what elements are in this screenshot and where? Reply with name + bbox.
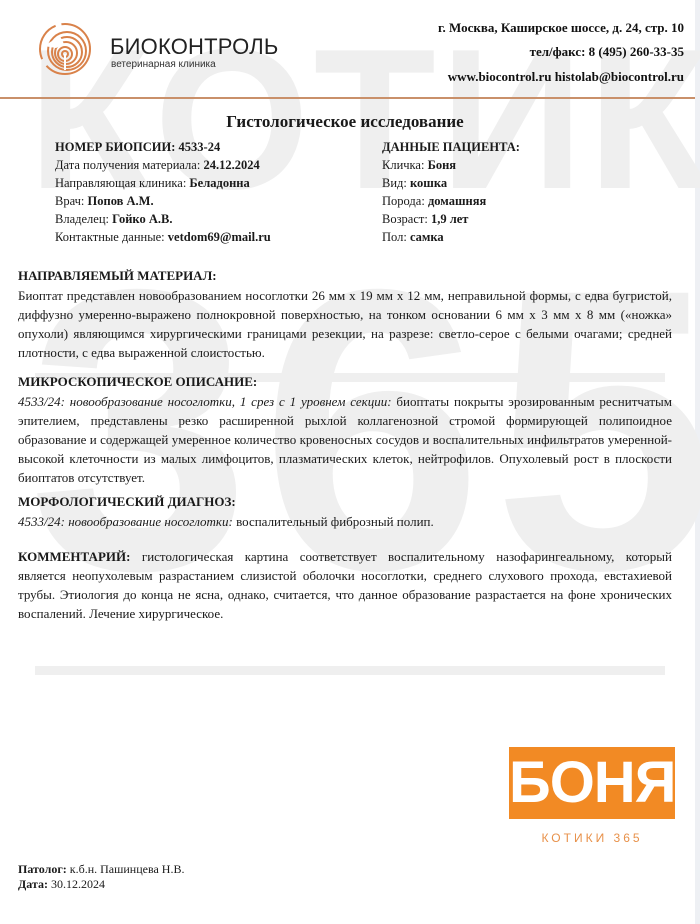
info-row: Порода: домашняя [382,192,520,210]
pathologist: Патолог: к.б.н. Пашинцева Н.В. [18,862,184,877]
section-heading: МИКРОСКОПИЧЕСКОЕ ОПИСАНИЕ: [18,372,672,391]
row-label: Направляющая клиника: [55,176,189,190]
info-row: Вид: кошка [382,174,520,192]
sample-reference: 4533/24: новообразование носоглотки, 1 с… [18,394,392,409]
info-row: Дата получения материала: 24.12.2024 [55,156,271,174]
diagnosis-text: воспалительный фиброзный полип. [233,514,434,529]
comment-section: КОММЕНТАРИЙ: гистологическая картина соо… [18,547,672,623]
section-text: 4533/24: новообразование носоглотки, 1 с… [18,392,672,487]
material-section: НАПРАВЛЯЕМЫЙ МАТЕРИАЛ: Биоптат представл… [18,266,672,362]
row-value: Попов А.М. [88,194,154,208]
bonya-badge: БОНЯ [509,747,675,819]
row-value: 24.12.2024 [203,158,259,172]
info-row: Кличка: Боня [382,156,520,174]
date-label: Дата: [18,877,48,891]
biopsy-number: НОМЕР БИОПСИИ: 4533-24 [55,138,271,156]
clinic-address: г. Москва, Каширское шоссе, д. 24, стр. … [438,20,684,36]
clinic-subtitle: ветеринарная клиника [111,59,216,70]
row-value: домашняя [428,194,486,208]
document-title: Гистологическое исследование [0,112,690,132]
row-label: Владелец: [55,212,112,226]
row-label: Кличка: [382,158,428,172]
contact-email: vetdom69@mail.ru [168,230,271,244]
section-text: Биоптат представлен новообразованием нос… [18,286,672,362]
badge-subtitle: КОТИКИ 365 [509,831,675,845]
biopsy-info: НОМЕР БИОПСИИ: 4533-24 Дата получения ма… [55,138,271,246]
watermark-bar [35,666,665,675]
clinic-web-email: www.biocontrol.ru histolab@biocontrol.ru [448,69,684,85]
row-label: Возраст: [382,212,431,226]
row-value: 1,9 лет [431,212,468,226]
tree-rings-logo-icon [38,22,92,76]
row-label: Контактные данные: [55,230,168,244]
info-row: Врач: Попов А.М. [55,192,271,210]
section-text: 4533/24: новообразование носоглотки: вос… [18,512,672,531]
diagnosis-section: МОРФОЛОГИЧЕСКИЙ ДИАГНОЗ: 4533/24: новооб… [18,492,672,531]
date-value: 30.12.2024 [48,877,105,891]
clinic-phone: тел/факс: 8 (495) 260-33-35 [530,44,684,60]
header-divider [0,97,695,99]
info-row: Пол: самка [382,228,520,246]
info-row: Контактные данные: vetdom69@mail.ru [55,228,271,246]
row-value: самка [410,230,444,244]
section-heading: МОРФОЛОГИЧЕСКИЙ ДИАГНОЗ: [18,492,672,511]
section-heading: НАПРАВЛЯЕМЫЙ МАТЕРИАЛ: [18,266,672,285]
microscopic-section: МИКРОСКОПИЧЕСКОЕ ОПИСАНИЕ: 4533/24: ново… [18,372,672,487]
row-value: кошка [410,176,447,190]
pathologist-name: к.б.н. Пашинцева Н.В. [67,862,185,876]
row-label: Порода: [382,194,428,208]
row-value: Боня [428,158,456,172]
comment-label: КОММЕНТАРИЙ: [18,549,130,564]
clinic-name: БИОКОНТРОЛЬ [110,34,279,60]
patient-info: ДАННЫЕ ПАЦИЕНТА: Кличка: Боня Вид: кошка… [382,138,520,246]
info-row: Направляющая клиника: Беладонна [55,174,271,192]
row-label: Вид: [382,176,410,190]
row-label: Пол: [382,230,410,244]
pathologist-label: Патолог: [18,862,67,876]
section-text: КОММЕНТАРИЙ: гистологическая картина соо… [18,547,672,623]
page-edge [695,0,700,924]
sample-reference: 4533/24: новообразование носоглотки: [18,514,233,529]
row-value: Беладонна [189,176,249,190]
report-date: Дата: 30.12.2024 [18,877,105,892]
row-value: Гойко А.В. [112,212,172,226]
row-label: Врач: [55,194,88,208]
info-row: Владелец: Гойко А.В. [55,210,271,228]
row-label: Дата получения материала: [55,158,203,172]
info-row: Возраст: 1,9 лет [382,210,520,228]
patient-header: ДАННЫЕ ПАЦИЕНТА: [382,138,520,156]
